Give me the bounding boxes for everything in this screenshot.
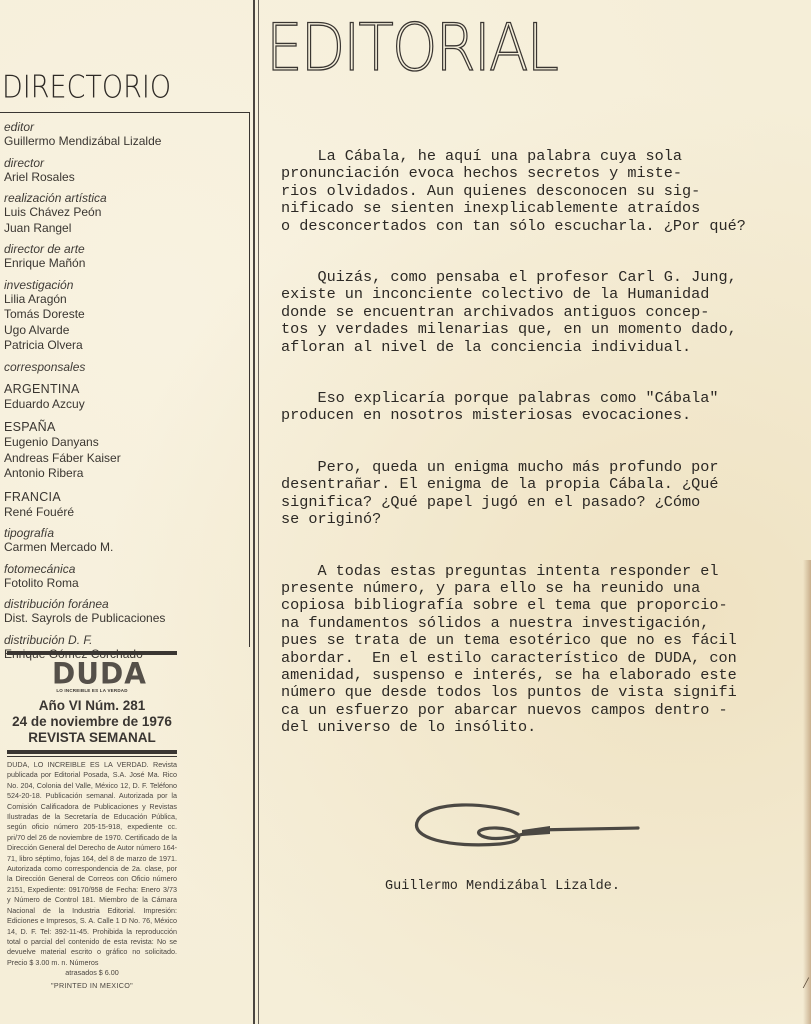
directory-name: Ariel Rosales [4,170,249,186]
directory-name: Lilia Aragón [4,292,249,308]
directory-name: Enrique Mañón [4,256,249,272]
signature-name: Guillermo Mendizábal Lizalde. [385,879,620,894]
directory-name: Juan Rangel [4,221,249,237]
issue-number: Año VI Núm. 281 [7,698,177,714]
legal-fineprint: DUDA, LO INCREIBLE ES LA VERDAD. Revista… [7,760,177,991]
duda-logo: DUDA LO INCREIBLE ES LA VERDAD [52,660,132,693]
directory-name: Eduardo Azcuy [4,397,249,413]
directory-role: realización artística [4,191,249,205]
directory-name: Dist. Sayrols de Publicaciones [4,611,249,627]
issue-info: Año VI Núm. 281 24 de noviembre de 1976 … [7,698,177,746]
directory-role: corresponsales [4,360,249,374]
directory-role: distribución D. F. [4,633,249,647]
printed-in-mexico: "PRINTED IN MEXICO" [7,981,177,991]
directory-name: Tomás Doreste [4,307,249,323]
page-edge [803,560,811,1024]
directory-name: Andreas Fáber Kaiser [4,451,249,467]
directory-role: director [4,156,249,170]
directory-column: DIRECTORIO editorGuillermo Mendizábal Li… [0,0,252,1024]
directory-name: Ugo Alvarde [4,323,249,339]
editorial-paragraph: Pero, queda un enigma mucho más profundo… [281,459,811,529]
editorial-body: La Cábala, he aquí una palabra cuya sola… [281,148,811,771]
directory-role: fotomecánica [4,562,249,576]
directory-name: René Fouéré [4,505,249,521]
back-issues-price: atrasados $ 6.00 [7,968,177,978]
directory-name: Carmen Mercado M. [4,540,249,556]
directory-name: Antonio Ribera [4,466,249,482]
directory-name: Patricia Olvera [4,338,249,354]
issue-date: 24 de noviembre de 1976 [7,714,177,730]
editorial-paragraph: A todas estas preguntas intenta responde… [281,563,811,737]
divider-bar [7,651,177,655]
directory-name: Eugenio Danyans [4,435,249,451]
directory-title: DIRECTORIO [2,70,171,106]
correspondent-country: ARGENTINA [4,382,249,397]
logo-wordmark: DUDA [52,659,132,688]
editorial-title: EDITORIAL [266,14,557,81]
editorial-paragraph: Quizás, como pensaba el profesor Carl G.… [281,269,811,356]
directory-role: distribución foránea [4,597,249,611]
directory-name: Fotolito Roma [4,576,249,592]
legal-text: DUDA, LO INCREIBLE ES LA VERDAD. Revista… [7,760,177,967]
directory-name: Guillermo Mendizábal Lizalde [4,134,249,150]
column-rule [253,0,255,1024]
column-rule [258,0,259,1024]
editorial-paragraph: La Cábala, he aquí una palabra cuya sola… [281,148,811,235]
editorial-paragraph: Eso explicaría porque palabras como "Cáb… [281,390,811,425]
directory-role: tipografía [4,526,249,540]
directory-role: investigación [4,278,249,292]
issue-frequency: REVISTA SEMANAL [7,730,177,746]
divider-bar [7,750,177,754]
signature-icon [410,800,650,860]
correspondent-country: ESPAÑA [4,420,249,435]
directory-role: editor [4,120,249,134]
directory-role: director de arte [4,242,249,256]
directory-name: Luis Chávez Peón [4,205,249,221]
correspondent-country: FRANCIA [4,490,249,505]
page-mark: / [804,975,808,993]
directory-entries: editorGuillermo Mendizábal Lizaldedirect… [4,118,249,666]
